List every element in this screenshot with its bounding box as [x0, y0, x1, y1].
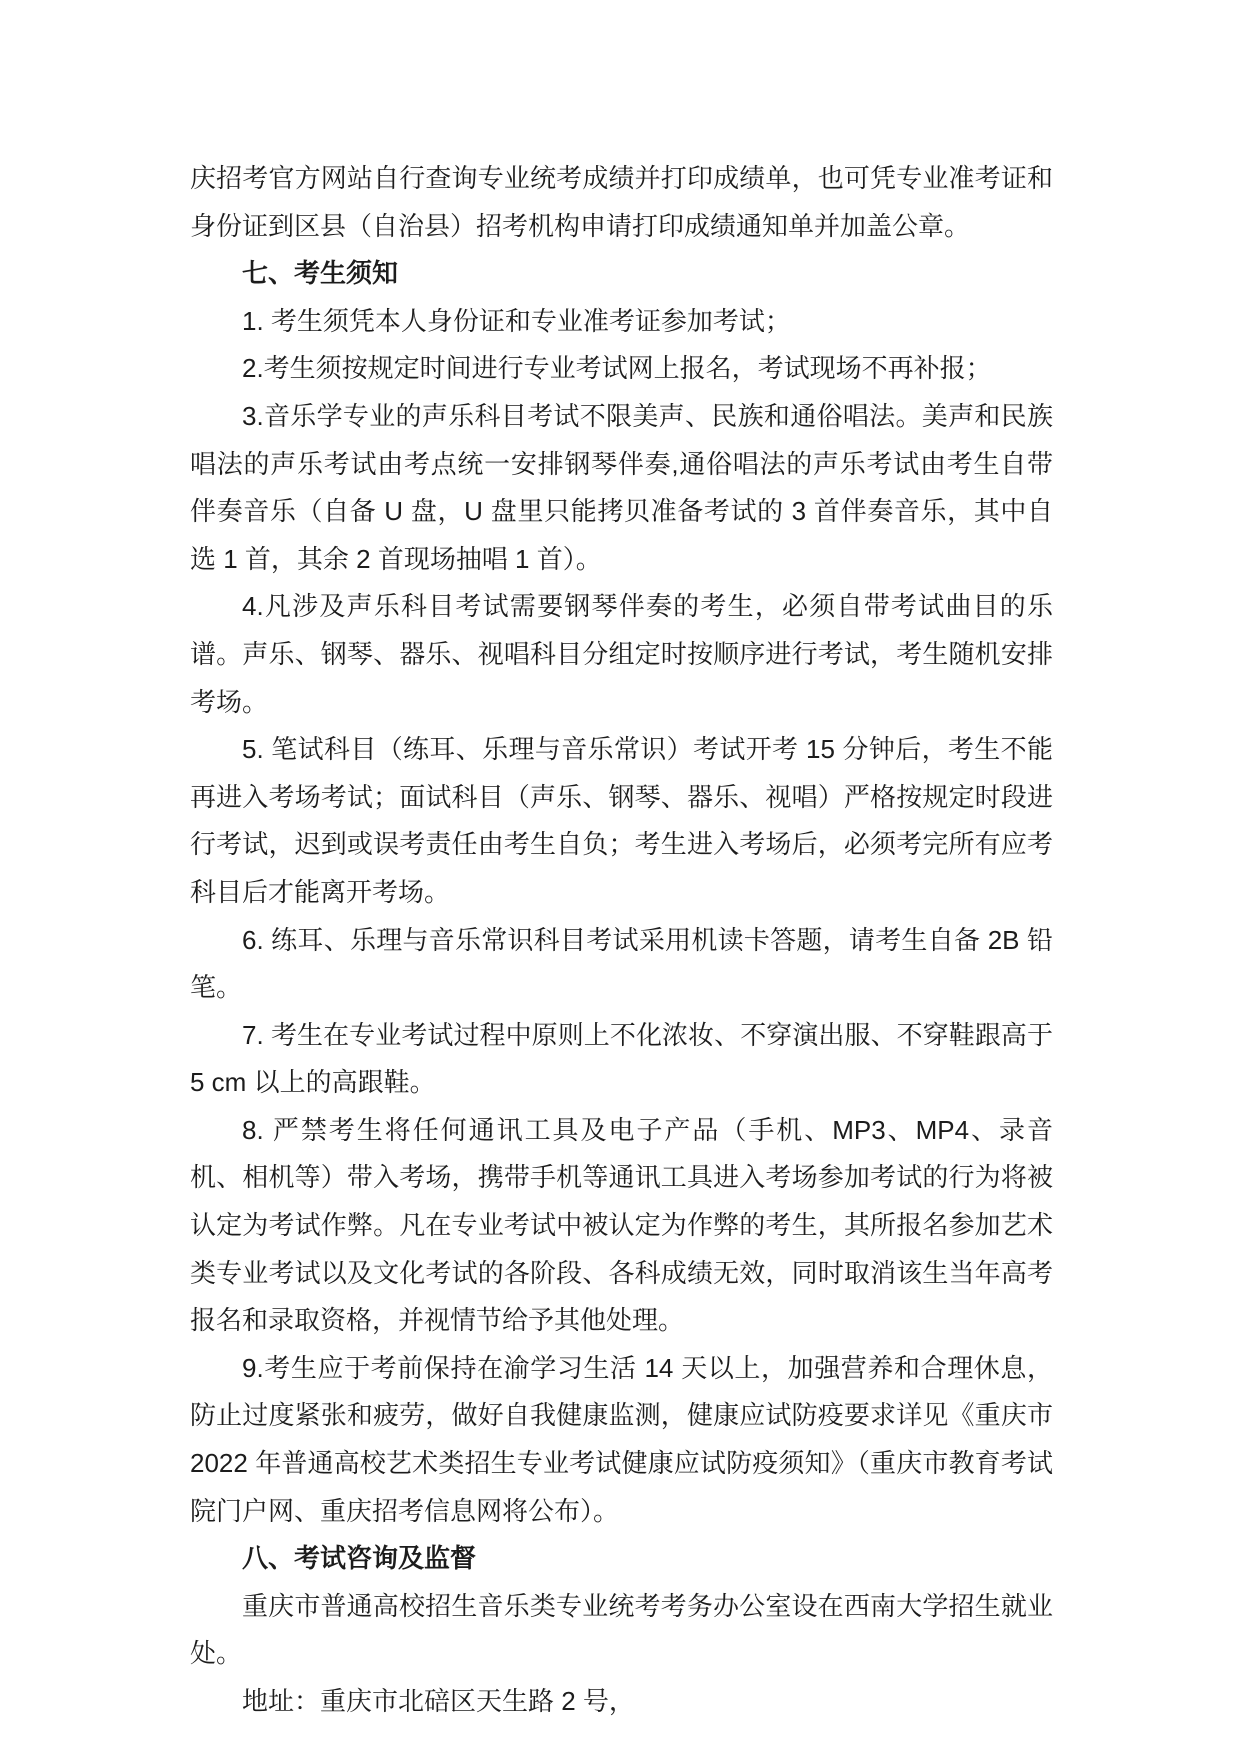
paragraph-continuation: 庆招考官方网站自行查询专业统考成绩并打印成绩单，也可凭专业准考证和身份证到区县（…: [190, 155, 1053, 250]
notice-item-6: 6. 练耳、乐理与音乐常识科目考试采用机读卡答题，请考生自备 2B 铅笔。: [190, 917, 1053, 1012]
section-heading-8-contact: 八、考试咨询及监督: [190, 1535, 1053, 1583]
notice-item-7: 7. 考生在专业考试过程中原则上不化浓妆、不穿演出服、不穿鞋跟高于 5 cm 以…: [190, 1012, 1053, 1107]
document-page: 庆招考官方网站自行查询专业统考成绩并打印成绩单，也可凭专业准考证和身份证到区县（…: [0, 0, 1241, 1754]
notice-item-3: 3.音乐学专业的声乐科目考试不限美声、民族和通俗唱法。美声和民族唱法的声乐考试由…: [190, 393, 1053, 583]
contact-address-line: 地址：重庆市北碚区天生路 2 号，: [190, 1678, 1053, 1726]
notice-item-5: 5. 笔试科目（练耳、乐理与音乐常识）考试开考 15 分钟后，考生不能再进入考场…: [190, 726, 1053, 916]
notice-item-9: 9.考生应于考前保持在渝学习生活 14 天以上，加强营养和合理休息，防止过度紧张…: [190, 1345, 1053, 1535]
contact-office-line: 重庆市普通高校招生音乐类专业统考考务办公室设在西南大学招生就业处。: [190, 1583, 1053, 1678]
notice-item-8: 8. 严禁考生将任何通讯工具及电子产品（手机、MP3、MP4、录音机、相机等）带…: [190, 1107, 1053, 1345]
document-body: 庆招考官方网站自行查询专业统考成绩并打印成绩单，也可凭专业准考证和身份证到区县（…: [190, 155, 1053, 1726]
notice-item-4: 4.凡涉及声乐科目考试需要钢琴伴奏的考生，必须自带考试曲目的乐谱。声乐、钢琴、器…: [190, 583, 1053, 726]
notice-item-2: 2.考生须按规定时间进行专业考试网上报名，考试现场不再补报；: [190, 345, 1053, 393]
notice-item-1: 1. 考生须凭本人身份证和专业准考证参加考试；: [190, 298, 1053, 346]
section-heading-7-notices: 七、考生须知: [190, 250, 1053, 298]
